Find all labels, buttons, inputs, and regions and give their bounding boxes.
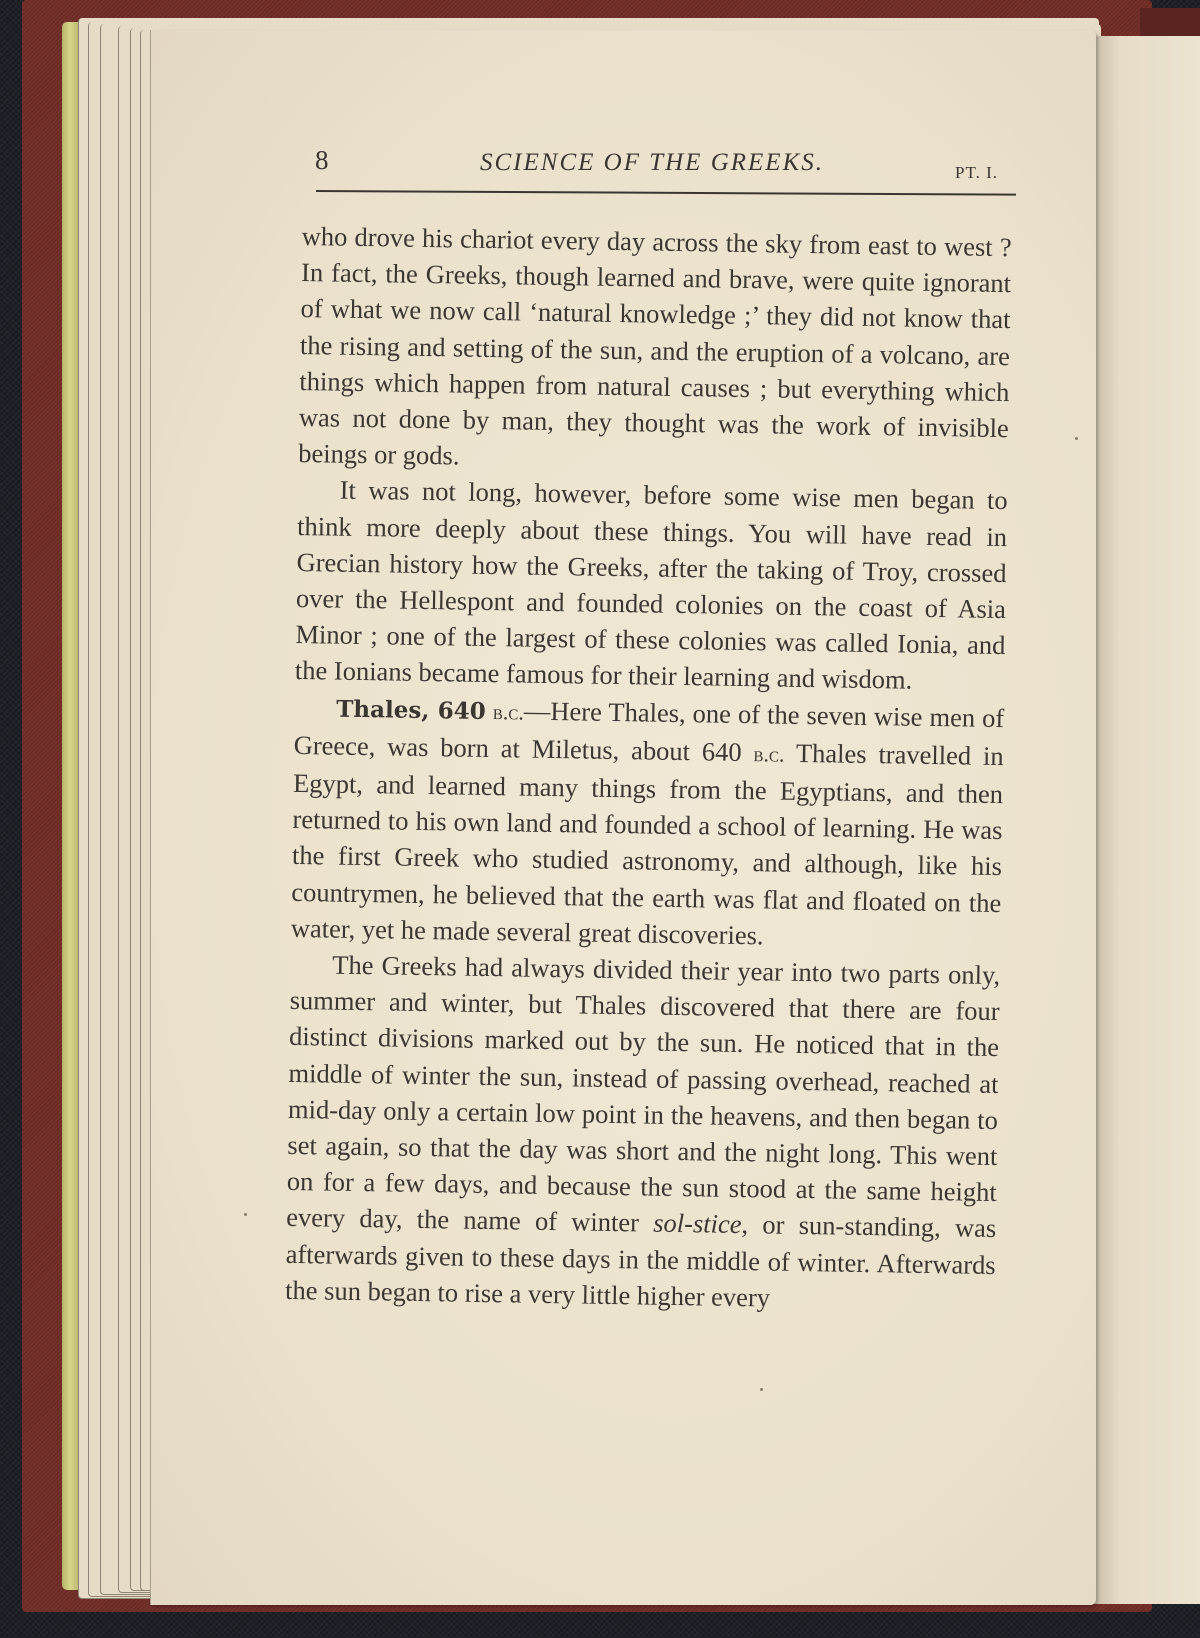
next-page-edge <box>1093 36 1200 1604</box>
book-cover-right <box>1140 8 1200 38</box>
paper-speck <box>1075 437 1078 440</box>
body-text: who drove his chariot every day across t… <box>285 218 1012 1319</box>
paragraph-3: Thales, 640 b.c.—Here Thales, one of the… <box>291 689 1005 958</box>
paper-speck <box>244 1213 247 1216</box>
era-abbrev: b.c. <box>753 741 784 766</box>
paragraph-3-text-b: Thales travelled in Egypt, and learned m… <box>291 737 1004 950</box>
running-header: 8 SCIENCE OF THE GREEKS. PT. I. <box>315 145 1025 185</box>
paragraph-4-text-a: The Greeks had always divided their year… <box>286 950 1000 1238</box>
paragraph-4: The Greeks had always divided their year… <box>285 946 1001 1319</box>
page-edge-yellow <box>62 22 78 1590</box>
italic-term: sol-stice <box>653 1208 742 1239</box>
paper-speck <box>760 1388 763 1391</box>
paragraph-1: who drove his chariot every day across t… <box>298 218 1012 483</box>
page-number: 8 <box>315 145 329 176</box>
running-title: SCIENCE OF THE GREEKS. <box>480 149 824 177</box>
section-heading: Thales, 640 <box>336 695 486 724</box>
paragraph-2: It was not long, however, before some wi… <box>295 471 1008 699</box>
part-label: PT. I. <box>955 163 998 183</box>
section-heading-era: b.c. <box>493 699 524 724</box>
